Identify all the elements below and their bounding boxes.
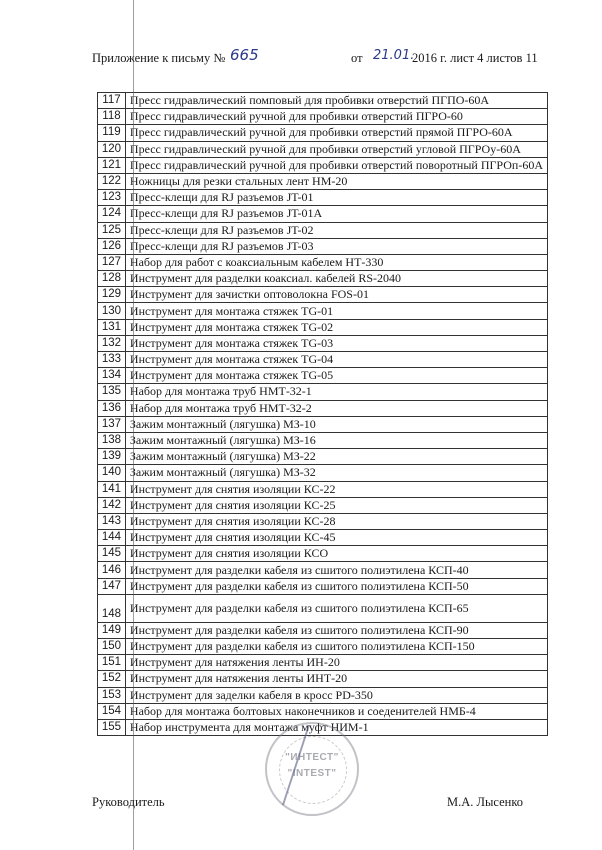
item-number: 135 <box>98 384 126 400</box>
item-number: 151 <box>98 655 126 671</box>
table-row: 135Набор для монтажа труб НМТ-32-1 <box>98 384 548 400</box>
date-handwritten: 21.01. <box>373 46 414 66</box>
table-row: 143Инструмент для снятия изоляции КС-28 <box>98 513 548 529</box>
table-row: 129Инструмент для зачистки оптоволокна F… <box>98 287 548 303</box>
letter-number-handwritten: 665 <box>230 45 259 65</box>
item-number: 132 <box>98 335 126 351</box>
table-row: 140Зажим монтажный (лягушка) МЗ-32 <box>98 465 548 481</box>
item-name: Пресс гидравлический помповый для пробив… <box>125 93 547 109</box>
table-row: 120Пресс гидравлический ручной для проби… <box>98 141 548 157</box>
item-number: 123 <box>98 190 126 206</box>
table-row: 142Инструмент для снятия изоляции КС-25 <box>98 497 548 513</box>
sheet-info: 2016 г. лист 4 листов 11 <box>412 48 538 68</box>
table-row: 141Инструмент для снятия изоляции КС-22 <box>98 481 548 497</box>
item-number: 148 <box>98 594 126 622</box>
item-number: 129 <box>98 287 126 303</box>
signatory-name: М.А. Лысенко <box>447 795 523 810</box>
table-row: 138Зажим монтажный (лягушка) МЗ-16 <box>98 432 548 448</box>
items-table: 117Пресс гидравлический помповый для про… <box>97 92 548 736</box>
item-number: 124 <box>98 206 126 222</box>
table-row: 128Инструмент для разделки коаксиал. каб… <box>98 271 548 287</box>
item-name: Набор для монтажа труб НМТ-32-2 <box>125 400 547 416</box>
item-name: Пресс гидравлический ручной для пробивки… <box>125 157 547 173</box>
item-number: 125 <box>98 222 126 238</box>
item-number: 150 <box>98 639 126 655</box>
item-name: Зажим монтажный (лягушка) МЗ-16 <box>125 432 547 448</box>
table-row: 147Инструмент для разделки кабеля из сши… <box>98 578 548 594</box>
item-number: 139 <box>98 449 126 465</box>
item-number: 152 <box>98 671 126 687</box>
table-row: 144Инструмент для снятия изоляции КС-45 <box>98 530 548 546</box>
item-name: Зажим монтажный (лягушка) МЗ-10 <box>125 416 547 432</box>
table-row: 146Инструмент для разделки кабеля из сши… <box>98 562 548 578</box>
item-name: Набор для монтажа труб НМТ-32-1 <box>125 384 547 400</box>
appendix-label: Приложение к письму № <box>92 48 225 68</box>
item-name: Пресс-клещи для RJ разъемов JT-03 <box>125 238 547 254</box>
item-name: Инструмент для разделки кабеля из сшитог… <box>125 578 547 594</box>
item-number: 126 <box>98 238 126 254</box>
item-number: 127 <box>98 254 126 270</box>
item-name: Инструмент для монтажа стяжек TG-03 <box>125 335 547 351</box>
item-name: Инструмент для разделки кабеля из сшитог… <box>125 562 547 578</box>
table-row: 148Инструмент для разделки кабеля из сши… <box>98 594 548 622</box>
table-row: 151Инструмент для натяжения ленты ИН-20 <box>98 655 548 671</box>
table-row: 153Инструмент для заделки кабеля в кросс… <box>98 687 548 703</box>
item-number: 146 <box>98 562 126 578</box>
table-row: 133Инструмент для монтажа стяжек TG-04 <box>98 352 548 368</box>
item-name: Пресс-клещи для RJ разъемов JT-01 <box>125 190 547 206</box>
item-number: 120 <box>98 141 126 157</box>
item-name: Зажим монтажный (лягушка) МЗ-32 <box>125 465 547 481</box>
table-row: 145Инструмент для снятия изоляции КСО <box>98 546 548 562</box>
document-header: Приложение к письму № 665 от 21.01. 2016… <box>92 48 542 68</box>
table-row: 124Пресс-клещи для RJ разъемов JT-01A <box>98 206 548 222</box>
table-row: 130Инструмент для монтажа стяжек TG-01 <box>98 303 548 319</box>
item-name: Инструмент для разделки кабеля из сшитог… <box>125 639 547 655</box>
item-number: 140 <box>98 465 126 481</box>
item-number: 142 <box>98 497 126 513</box>
item-name: Инструмент для снятия изоляции КСО <box>125 546 547 562</box>
table-row: 118Пресс гидравлический ручной для проби… <box>98 109 548 125</box>
item-number: 130 <box>98 303 126 319</box>
item-name: Пресс гидравлический ручной для пробивки… <box>125 109 547 125</box>
item-name: Инструмент для снятия изоляции КС-25 <box>125 497 547 513</box>
table-row: 137Зажим монтажный (лягушка) МЗ-10 <box>98 416 548 432</box>
table-row: 131Инструмент для монтажа стяжек TG-02 <box>98 319 548 335</box>
item-name: Инструмент для заделки кабеля в кросс PD… <box>125 687 547 703</box>
table-row: 126Пресс-клещи для RJ разъемов JT-03 <box>98 238 548 254</box>
item-number: 141 <box>98 481 126 497</box>
item-name: Набор для монтажа болтовых наконечников … <box>125 703 547 719</box>
table-row: 123Пресс-клещи для RJ разъемов JT-01 <box>98 190 548 206</box>
item-name: Инструмент для разделки коаксиал. кабеле… <box>125 271 547 287</box>
date-prefix: от <box>351 48 363 68</box>
item-number: 133 <box>98 352 126 368</box>
item-number: 134 <box>98 368 126 384</box>
table-row: 127Набор для работ с коаксиальным кабеле… <box>98 254 548 270</box>
table-row: 139Зажим монтажный (лягушка) МЗ-22 <box>98 449 548 465</box>
item-name: Инструмент для разделки кабеля из сшитог… <box>125 594 547 622</box>
item-number: 155 <box>98 719 126 735</box>
item-name: Инструмент для снятия изоляции КС-22 <box>125 481 547 497</box>
table-row: 150Инструмент для разделки кабеля из сши… <box>98 639 548 655</box>
item-number: 137 <box>98 416 126 432</box>
item-name: Пресс-клещи для RJ разъемов JT-01A <box>125 206 547 222</box>
item-name: Инструмент для монтажа стяжек TG-01 <box>125 303 547 319</box>
table-row: 136Набор для монтажа труб НМТ-32-2 <box>98 400 548 416</box>
item-name: Инструмент для натяжения ленты ИН-20 <box>125 655 547 671</box>
table-row: 149Инструмент для разделки кабеля из сши… <box>98 622 548 638</box>
table-row: 154Набор для монтажа болтовых наконечник… <box>98 703 548 719</box>
item-name: Инструмент для монтажа стяжек TG-05 <box>125 368 547 384</box>
item-name: Пресс гидравлический ручной для пробивки… <box>125 125 547 141</box>
table-row: 134Инструмент для монтажа стяжек TG-05 <box>98 368 548 384</box>
item-number: 143 <box>98 513 126 529</box>
item-name: Инструмент для монтажа стяжек TG-02 <box>125 319 547 335</box>
item-number: 144 <box>98 530 126 546</box>
item-name: Инструмент для снятия изоляции КС-45 <box>125 530 547 546</box>
item-name: Инструмент для натяжения ленты ИНТ-20 <box>125 671 547 687</box>
item-number: 128 <box>98 271 126 287</box>
item-number: 118 <box>98 109 126 125</box>
item-number: 153 <box>98 687 126 703</box>
table-row: 121Пресс гидравлический ручной для проби… <box>98 157 548 173</box>
item-number: 136 <box>98 400 126 416</box>
signatory-position: Руководитель <box>92 795 165 810</box>
item-number: 154 <box>98 703 126 719</box>
item-number: 119 <box>98 125 126 141</box>
item-name: Инструмент для разделки кабеля из сшитог… <box>125 622 547 638</box>
item-number: 145 <box>98 546 126 562</box>
table-row: 125Пресс-клещи для RJ разъемов JT-02 <box>98 222 548 238</box>
item-number: 138 <box>98 432 126 448</box>
item-name: Инструмент для монтажа стяжек TG-04 <box>125 352 547 368</box>
item-name: Пресс-клещи для RJ разъемов JT-02 <box>125 222 547 238</box>
item-name: Набор для работ с коаксиальным кабелем Н… <box>125 254 547 270</box>
item-name: Инструмент для зачистки оптоволокна FOS-… <box>125 287 547 303</box>
scan-fold-line <box>133 0 134 850</box>
item-number: 121 <box>98 157 126 173</box>
table-row: 119Пресс гидравлический ручной для проби… <box>98 125 548 141</box>
item-name: Инструмент для снятия изоляции КС-28 <box>125 513 547 529</box>
item-number: 149 <box>98 622 126 638</box>
item-name: Зажим монтажный (лягушка) МЗ-22 <box>125 449 547 465</box>
item-number: 117 <box>98 93 126 109</box>
table-row: 132Инструмент для монтажа стяжек TG-03 <box>98 335 548 351</box>
table-row: 117Пресс гидравлический помповый для про… <box>98 93 548 109</box>
document-page: Приложение к письму № 665 от 21.01. 2016… <box>0 0 602 850</box>
item-name: Ножницы для резки стальных лент НМ-20 <box>125 173 547 189</box>
item-number: 147 <box>98 578 126 594</box>
item-number: 122 <box>98 173 126 189</box>
item-number: 131 <box>98 319 126 335</box>
item-name: Пресс гидравлический ручной для пробивки… <box>125 141 547 157</box>
table-row: 152Инструмент для натяжения ленты ИНТ-20 <box>98 671 548 687</box>
table-row: 122Ножницы для резки стальных лент НМ-20 <box>98 173 548 189</box>
